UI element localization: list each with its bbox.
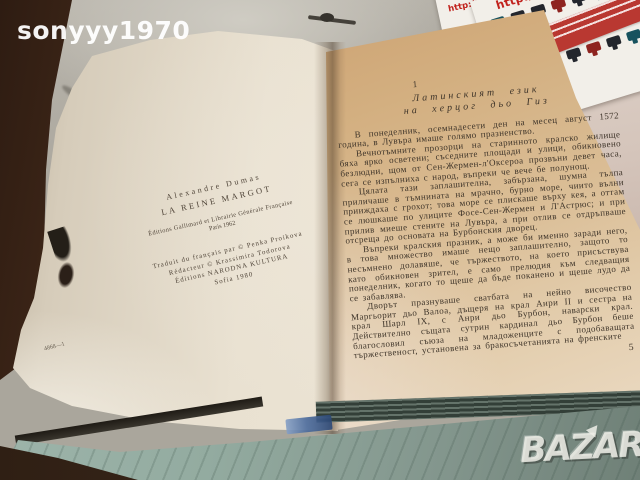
power-tool-icon [586, 41, 602, 54]
power-tool-icon [570, 0, 586, 4]
power-tool-icon [566, 47, 582, 60]
surface-crack [320, 13, 334, 22]
photo-open-book: http://s http://sonyyy1970.baza [0, 0, 640, 480]
chapter-page-text: 1 Латинският език на херцог дьо Гиз В по… [334, 65, 636, 373]
power-tool-icon [606, 35, 622, 48]
power-tool-icon [550, 0, 566, 10]
bazar-logo-watermark: BAZAR [519, 425, 640, 471]
power-tool-icon [626, 29, 640, 42]
seller-username-watermark: sonyyy1970 [17, 16, 190, 45]
